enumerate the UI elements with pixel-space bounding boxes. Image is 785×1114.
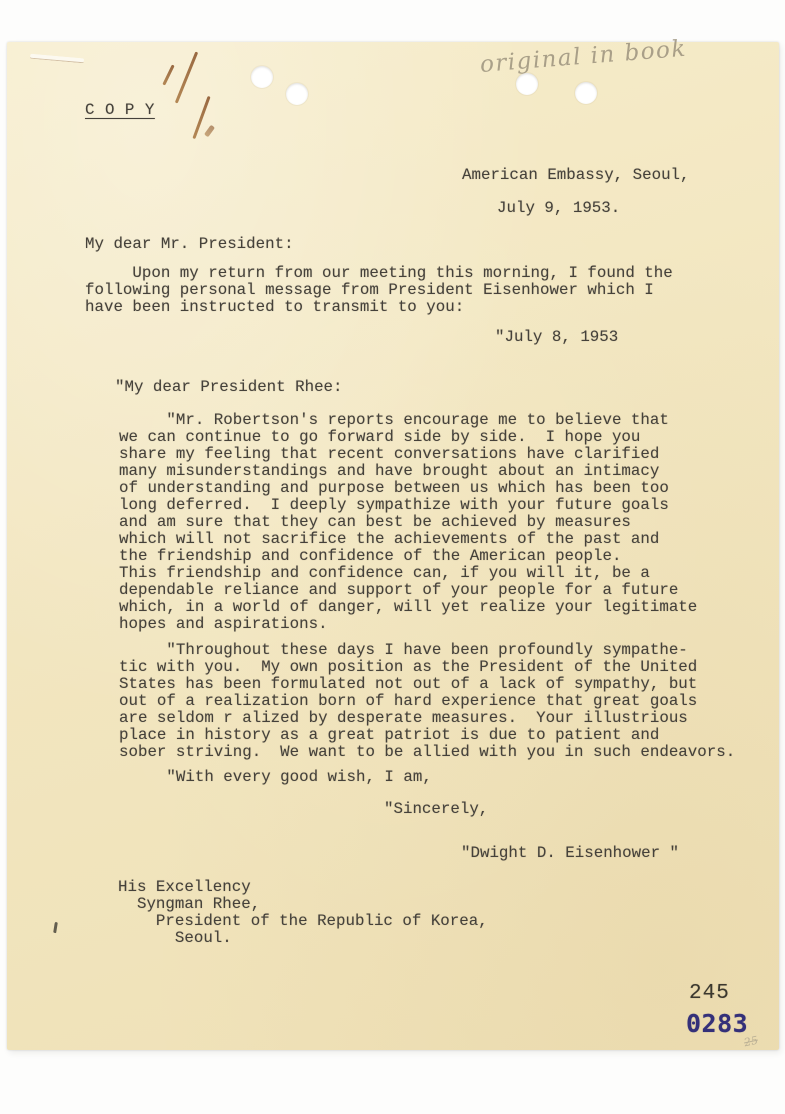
intro-paragraph: Upon my return from our meeting this mor…	[85, 265, 673, 316]
archive-number-stamp: 0283	[686, 1009, 748, 1038]
addressee-block: His Excellency Syngman Rhee, President o…	[118, 879, 488, 947]
copy-label: C O P Y	[85, 102, 155, 119]
quoted-paragraph-2: "Throughout these days I have been profo…	[119, 642, 735, 761]
punch-hole	[575, 82, 597, 104]
salutation: My dear Mr. President:	[85, 236, 294, 253]
quoted-date: "July 8, 1953	[495, 329, 618, 346]
embassy-line: American Embassy, Seoul,	[462, 167, 690, 184]
quoted-sincerely: "Sincerely,	[384, 801, 488, 818]
page-number-stamp: 245	[689, 982, 730, 1005]
punch-hole	[516, 73, 538, 95]
punch-hole	[251, 66, 273, 88]
punch-hole	[286, 83, 308, 105]
quoted-salutation: "My dear President Rhee:	[115, 379, 343, 396]
date-line: July 9, 1953.	[497, 200, 620, 217]
quoted-paragraph-1: "Mr. Robertson's reports encourage me to…	[119, 412, 697, 633]
quoted-closing: "With every good wish, I am,	[119, 769, 432, 786]
scan-background: original in book C O P Y American Embass…	[0, 0, 785, 1114]
quoted-signature: "Dwight D. Eisenhower "	[461, 845, 679, 862]
